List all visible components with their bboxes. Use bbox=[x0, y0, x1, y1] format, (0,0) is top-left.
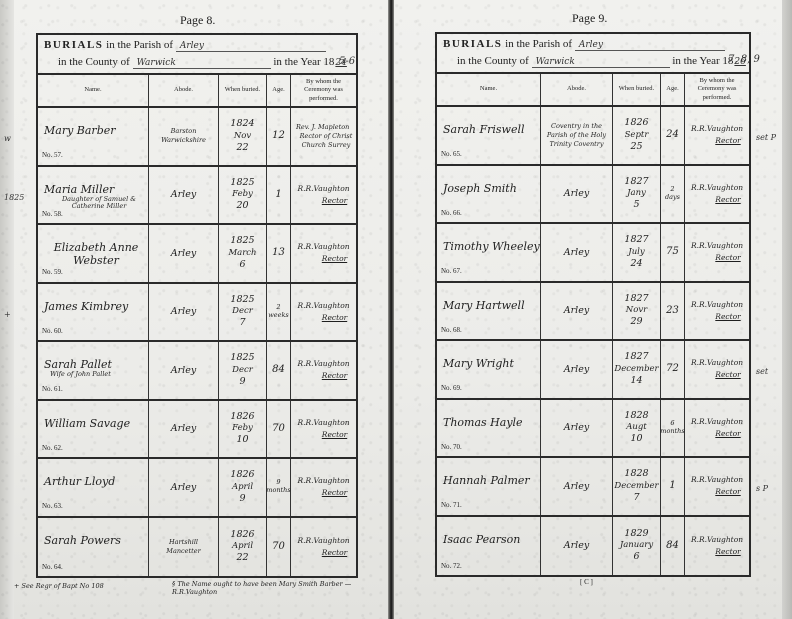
entry-number: No. 70. bbox=[441, 443, 462, 451]
entry-number: No. 61. bbox=[42, 385, 63, 393]
burial-entry-row: Sarah FriswellNo. 65.Coventry in the Par… bbox=[437, 107, 749, 166]
entry-officiant: R.R.VaughtonRector bbox=[291, 518, 356, 577]
entry-age: 12 bbox=[267, 108, 291, 165]
abode-value: Arley bbox=[564, 540, 589, 551]
abode-value: Arley bbox=[171, 365, 196, 376]
deceased-name: Maria Miller bbox=[44, 183, 114, 196]
burial-month: December bbox=[614, 364, 658, 375]
entry-number: No. 65. bbox=[441, 150, 462, 158]
entry-name-cell: Sarah FriswellNo. 65. bbox=[437, 107, 541, 164]
entry-officiant: R.R.VaughtonRector bbox=[685, 166, 749, 223]
age-value: 23 bbox=[666, 305, 679, 317]
entry-burial-date: 1825Decr7 bbox=[219, 284, 267, 341]
age-value: 75 bbox=[666, 246, 679, 258]
county-line: in the County of Warwick in the Year 182… bbox=[457, 55, 747, 68]
entry-name-cell: Isaac PearsonNo. 72. bbox=[437, 517, 541, 576]
officiant-name: R.R.Vaughton bbox=[691, 534, 743, 546]
entry-age: 2days bbox=[661, 166, 685, 223]
officiant-name: R.R.Vaughton bbox=[691, 474, 743, 486]
deceased-name: Hannah Palmer bbox=[443, 474, 530, 487]
burials-heading: BURIALS bbox=[443, 38, 502, 50]
year-prefix: in the Year 18 bbox=[273, 56, 334, 68]
officiant-name: R.R.Vaughton bbox=[691, 416, 743, 428]
age-part: days bbox=[665, 194, 680, 202]
officiant-name: R.R.Vaughton bbox=[691, 357, 743, 369]
entry-burial-date: 1826April9 bbox=[219, 459, 267, 516]
officiant-name: R.R.Vaughton bbox=[691, 182, 743, 194]
deceased-name: Thomas Hayle bbox=[443, 416, 523, 429]
parish-prefix: in the Parish of bbox=[106, 39, 173, 51]
deceased-name: Sarah Friswell bbox=[443, 123, 525, 136]
burial-year: 1828 bbox=[624, 468, 648, 480]
officiant-title: Rector bbox=[715, 369, 740, 381]
age-value: 70 bbox=[272, 423, 285, 435]
year-annotation: 7, 8, 9 bbox=[728, 54, 760, 65]
officiant-name: R.R.Vaughton bbox=[297, 358, 349, 370]
relation-note: Daughter of Samuel & Catherine Miller bbox=[50, 196, 148, 212]
entry-abode: Arley bbox=[149, 342, 219, 399]
burial-entry-row: Mary WrightNo. 69.Arley1827December1472R… bbox=[437, 341, 749, 400]
year-annotation: 5-6 bbox=[339, 56, 355, 67]
entry-name-cell: Elizabeth Anne WebsterNo. 59. bbox=[38, 225, 149, 282]
burial-day: 20 bbox=[236, 200, 248, 212]
age-part: months bbox=[660, 428, 684, 436]
entry-abode: Coventry in the Parish of the Holy Trini… bbox=[541, 107, 613, 164]
parish-value: Arley bbox=[575, 40, 725, 51]
burial-day: 9 bbox=[239, 376, 245, 388]
burial-month: Augt bbox=[626, 422, 646, 433]
officiant-name: R.R.Vaughton bbox=[297, 535, 349, 547]
deceased-name: Mary Barber bbox=[44, 124, 116, 137]
burial-month: December bbox=[614, 481, 658, 492]
entry-age: 70 bbox=[267, 518, 291, 577]
entry-burial-date: 1827Jany5 bbox=[613, 166, 661, 223]
entry-abode: Arley bbox=[541, 166, 613, 223]
parish-prefix: in the Parish of bbox=[505, 38, 572, 50]
year-prefix: in the Year 18 bbox=[672, 55, 733, 67]
relation-note: Wife of John Pallet bbox=[50, 371, 111, 379]
entry-age: 2weeks bbox=[267, 284, 291, 341]
burial-month: Decr bbox=[232, 365, 253, 376]
burial-day: 10 bbox=[630, 433, 642, 445]
officiant-name: R.R.Vaughton bbox=[691, 299, 743, 311]
entry-abode: Arley bbox=[149, 225, 219, 282]
signature-mark: [ C ] bbox=[580, 578, 593, 586]
burial-entry-row: Mary BarberNo. 57.Barston Warwickshire18… bbox=[38, 108, 356, 167]
parish-line: BURIALS in the Parish of Arley bbox=[443, 38, 725, 51]
column-header-officiant: By whom the Ceremony was performed. bbox=[685, 74, 749, 105]
burial-register-table: BURIALS in the Parish of Arleyin the Cou… bbox=[36, 33, 358, 578]
entry-burial-date: 1827July24 bbox=[613, 224, 661, 281]
burial-register-table: BURIALS in the Parish of Arleyin the Cou… bbox=[435, 32, 751, 577]
age-value: 84 bbox=[666, 540, 679, 552]
abode-value: Arley bbox=[171, 482, 196, 493]
burial-day: 22 bbox=[236, 142, 248, 154]
burial-year: 1826 bbox=[230, 469, 254, 481]
entry-abode: Arley bbox=[541, 341, 613, 398]
entry-burial-date: 1829January6 bbox=[613, 517, 661, 576]
column-header-officiant: By whom the Ceremony was performed. bbox=[291, 75, 356, 106]
burial-entry-row: Thomas HayleNo. 70.Arley1828Augt106month… bbox=[437, 400, 749, 459]
entry-abode: Arley bbox=[149, 167, 219, 224]
officiant-title: Rector bbox=[715, 135, 740, 147]
burial-day: 9 bbox=[239, 493, 245, 505]
burial-month: Decr bbox=[232, 306, 253, 317]
burial-year: 1826 bbox=[624, 117, 648, 129]
entry-age: 1 bbox=[661, 458, 685, 515]
entry-burial-date: 1826April22 bbox=[219, 518, 267, 577]
entry-officiant: R.R.VaughtonRector bbox=[685, 341, 749, 398]
deceased-name: Arthur Lloyd bbox=[44, 475, 115, 488]
burial-month: March bbox=[228, 248, 256, 259]
column-header-when-buried: When buried. bbox=[613, 74, 661, 105]
deceased-name: Joseph Smith bbox=[443, 182, 517, 195]
deceased-name: William Savage bbox=[44, 417, 130, 430]
burial-entry-row: Timothy WheeleyNo. 67.Arley1827July2475R… bbox=[437, 224, 749, 283]
burial-year: 1825 bbox=[230, 352, 254, 364]
age-value: 13 bbox=[272, 247, 285, 259]
burial-year: 1825 bbox=[230, 177, 254, 189]
entry-officiant: R.R.VaughtonRector bbox=[291, 459, 356, 516]
margin-annotation: set P bbox=[756, 133, 776, 142]
entry-officiant: Rev. J. MapletonRector of Christ Church … bbox=[291, 108, 356, 165]
burial-day: 25 bbox=[630, 141, 642, 153]
burials-heading: BURIALS bbox=[44, 39, 103, 51]
burial-day: 5 bbox=[633, 199, 639, 211]
burial-entry-row: Isaac PearsonNo. 72.Arley1829January684R… bbox=[437, 517, 749, 576]
entry-name-cell: Mary HartwellNo. 68. bbox=[437, 283, 541, 340]
entry-age: 72 bbox=[661, 341, 685, 398]
burial-entry-row: Maria MillerDaughter of Samuel & Catheri… bbox=[38, 167, 356, 226]
entry-burial-date: 1826Septr25 bbox=[613, 107, 661, 164]
entry-number: No. 71. bbox=[441, 501, 462, 509]
right-page: Page 9. BURIALS in the Parish of Arleyin… bbox=[394, 0, 792, 619]
officiant-name: R.R.Vaughton bbox=[297, 475, 349, 487]
entry-burial-date: 1825Decr9 bbox=[219, 342, 267, 399]
page-number: Page 8. bbox=[180, 13, 215, 28]
burial-day: 7 bbox=[239, 317, 245, 329]
burial-year: 1827 bbox=[624, 351, 648, 363]
entry-name-cell: Timothy WheeleyNo. 67. bbox=[437, 224, 541, 281]
entry-abode: Arley bbox=[541, 283, 613, 340]
entry-burial-date: 1828December7 bbox=[613, 458, 661, 515]
entry-number: No. 63. bbox=[42, 502, 63, 510]
burial-entry-row: Mary HartwellNo. 68.Arley1827Novr2923R.R… bbox=[437, 283, 749, 342]
abode-value: Arley bbox=[171, 189, 196, 200]
page-number: Page 9. bbox=[572, 11, 607, 26]
burial-month: Nov bbox=[234, 131, 251, 142]
burial-month: Feby bbox=[232, 189, 253, 200]
entry-abode: Barston Warwickshire bbox=[149, 108, 219, 165]
county-line: in the County of Warwick in the Year 182… bbox=[58, 56, 348, 69]
burial-entry-row: Sarah PowersNo. 64.Hartshill Mancetter18… bbox=[38, 518, 356, 577]
burial-entry-row: Elizabeth Anne WebsterNo. 59.Arley1825Ma… bbox=[38, 225, 356, 284]
column-header-when-buried: When buried. bbox=[219, 75, 267, 106]
abode-value: Arley bbox=[564, 247, 589, 258]
abode-value: Arley bbox=[171, 248, 196, 259]
officiant-title: Rector bbox=[322, 195, 347, 207]
entry-abode: Arley bbox=[541, 517, 613, 576]
entry-number: No. 62. bbox=[42, 444, 63, 452]
entry-name-cell: Maria MillerDaughter of Samuel & Catheri… bbox=[38, 167, 149, 224]
entry-abode: Arley bbox=[541, 224, 613, 281]
entry-officiant: R.R.VaughtonRector bbox=[685, 283, 749, 340]
entry-abode: Arley bbox=[149, 459, 219, 516]
entry-burial-date: 1825Feby20 bbox=[219, 167, 267, 224]
entry-name-cell: James KimbreyNo. 60. bbox=[38, 284, 149, 341]
officiant-title: Rector bbox=[715, 546, 740, 558]
abode-value: Arley bbox=[171, 306, 196, 317]
entry-number: No. 66. bbox=[441, 209, 462, 217]
officiant-name: Rev. J. Mapleton bbox=[296, 123, 349, 132]
burial-day: 7 bbox=[633, 492, 639, 504]
deceased-name: Timothy Wheeley bbox=[443, 240, 540, 253]
burial-year: 1827 bbox=[624, 234, 648, 246]
age-value: 70 bbox=[272, 541, 285, 553]
burial-entry-row: William SavageNo. 62.Arley1826Feby1070R.… bbox=[38, 401, 356, 460]
entry-burial-date: 1825March6 bbox=[219, 225, 267, 282]
entry-burial-date: 1826Feby10 bbox=[219, 401, 267, 458]
entry-abode: Hartshill Mancetter bbox=[149, 518, 219, 577]
deceased-name: Isaac Pearson bbox=[443, 533, 520, 546]
column-headers: Name.Abode.When buried.Age.By whom the C… bbox=[38, 75, 356, 108]
county-prefix: in the County of bbox=[58, 56, 130, 68]
entry-name-cell: Mary BarberNo. 57. bbox=[38, 108, 149, 165]
entry-burial-date: 1824Nov22 bbox=[219, 108, 267, 165]
burial-day: 24 bbox=[630, 258, 642, 270]
register-header: BURIALS in the Parish of Arleyin the Cou… bbox=[437, 34, 749, 74]
abode-value: Arley bbox=[564, 422, 589, 433]
county-prefix: in the County of bbox=[457, 55, 529, 67]
entry-officiant: R.R.VaughtonRector bbox=[685, 458, 749, 515]
entry-officiant: R.R.VaughtonRector bbox=[685, 107, 749, 164]
deceased-name: James Kimbrey bbox=[44, 300, 128, 313]
burial-entry-row: Sarah PalletWife of John PalletNo. 61.Ar… bbox=[38, 342, 356, 401]
entry-age: 70 bbox=[267, 401, 291, 458]
parish-line: BURIALS in the Parish of Arley bbox=[44, 39, 326, 52]
officiant-title: Rector bbox=[715, 252, 740, 264]
burial-day: 6 bbox=[239, 259, 245, 271]
entry-name-cell: William SavageNo. 62. bbox=[38, 401, 149, 458]
abode-value: Arley bbox=[564, 481, 589, 492]
abode-value: Arley bbox=[564, 364, 589, 375]
burial-month: Septr bbox=[625, 130, 649, 141]
burial-day: 14 bbox=[630, 375, 642, 387]
register-spread: Page 8. BURIALS in the Parish of Arleyin… bbox=[0, 0, 792, 619]
abode-value: Arley bbox=[171, 423, 196, 434]
entry-age: 6months bbox=[661, 400, 685, 457]
burial-entry-row: Arthur LloydNo. 63.Arley1826April99month… bbox=[38, 459, 356, 518]
officiant-title: Rector bbox=[715, 486, 740, 498]
register-header: BURIALS in the Parish of Arleyin the Cou… bbox=[38, 35, 356, 75]
entry-age: 84 bbox=[267, 342, 291, 399]
age-value: 1 bbox=[669, 480, 675, 492]
entry-officiant: R.R.VaughtonRector bbox=[685, 224, 749, 281]
entry-number: No. 59. bbox=[42, 268, 63, 276]
entry-burial-date: 1827December14 bbox=[613, 341, 661, 398]
burial-month: April bbox=[232, 541, 253, 552]
entry-number: No. 72. bbox=[441, 562, 462, 570]
footnote-name-correction: § The Name ought to have been Mary Smith… bbox=[172, 580, 372, 596]
officiant-name: R.R.Vaughton bbox=[297, 241, 349, 253]
entry-officiant: R.R.VaughtonRector bbox=[685, 400, 749, 457]
burial-day: 29 bbox=[630, 316, 642, 328]
officiant-title: Rector bbox=[322, 547, 347, 559]
entry-abode: Arley bbox=[541, 400, 613, 457]
burial-month: April bbox=[232, 482, 253, 493]
burial-month: Jany bbox=[627, 188, 646, 199]
entry-burial-date: 1828Augt10 bbox=[613, 400, 661, 457]
deceased-name: Mary Hartwell bbox=[443, 299, 525, 312]
entry-abode: Arley bbox=[149, 284, 219, 341]
county-value: Warwick bbox=[532, 57, 670, 68]
officiant-name: R.R.Vaughton bbox=[691, 123, 743, 135]
burial-year: 1827 bbox=[624, 176, 648, 188]
column-header-abode: Abode. bbox=[149, 75, 219, 106]
burial-day: 10 bbox=[236, 434, 248, 446]
deceased-name: Elizabeth Anne Webster bbox=[44, 241, 148, 267]
burial-day: 22 bbox=[236, 552, 248, 564]
entry-number: No. 58. bbox=[42, 210, 63, 218]
entry-abode: Arley bbox=[541, 458, 613, 515]
entry-age: 13 bbox=[267, 225, 291, 282]
officiant-title: Rector bbox=[322, 253, 347, 265]
margin-annotation: set bbox=[756, 367, 768, 376]
age-value: 84 bbox=[272, 364, 285, 376]
burial-day: 6 bbox=[633, 551, 639, 563]
age-part: weeks bbox=[268, 312, 289, 320]
abode-value: Hartshill Mancetter bbox=[154, 538, 214, 556]
officiant-name: R.R.Vaughton bbox=[297, 183, 349, 195]
margin-annotation: w bbox=[4, 134, 11, 143]
age-part: months bbox=[266, 487, 290, 495]
column-header-name: Name. bbox=[437, 74, 541, 105]
officiant-title: Rector bbox=[322, 429, 347, 441]
burial-entry-row: Hannah PalmerNo. 71.Arley1828December71R… bbox=[437, 458, 749, 517]
page-edge bbox=[782, 0, 792, 619]
burial-year: 1825 bbox=[230, 294, 254, 306]
abode-value: Arley bbox=[564, 305, 589, 316]
burial-year: 1827 bbox=[624, 293, 648, 305]
entry-age: 24 bbox=[661, 107, 685, 164]
column-header-abode: Abode. bbox=[541, 74, 613, 105]
parish-value: Arley bbox=[176, 41, 326, 52]
entry-number: No. 57. bbox=[42, 151, 63, 159]
footnote-baptism-reference: + See Regr of Bapt No 108 bbox=[14, 582, 104, 590]
officiant-name: R.R.Vaughton bbox=[297, 417, 349, 429]
column-header-age: Age. bbox=[267, 75, 291, 106]
officiant-title: Rector of Christ Church Surrey bbox=[296, 132, 356, 150]
burial-entry-row: Joseph SmithNo. 66.Arley1827Jany52daysR.… bbox=[437, 166, 749, 225]
entry-officiant: R.R.VaughtonRector bbox=[291, 167, 356, 224]
officiant-title: Rector bbox=[322, 487, 347, 499]
officiant-title: Rector bbox=[322, 312, 347, 324]
entry-name-cell: Thomas HayleNo. 70. bbox=[437, 400, 541, 457]
abode-value: Barston Warwickshire bbox=[154, 127, 214, 145]
entry-officiant: R.R.VaughtonRector bbox=[291, 342, 356, 399]
entry-age: 23 bbox=[661, 283, 685, 340]
entry-abode: Arley bbox=[149, 401, 219, 458]
entry-officiant: R.R.VaughtonRector bbox=[685, 517, 749, 576]
entry-name-cell: Joseph SmithNo. 66. bbox=[437, 166, 541, 223]
column-header-name: Name. bbox=[38, 75, 149, 106]
burial-year: 1828 bbox=[624, 410, 648, 422]
burial-entry-row: James KimbreyNo. 60.Arley1825Decr72weeks… bbox=[38, 284, 356, 343]
entry-officiant: R.R.VaughtonRector bbox=[291, 284, 356, 341]
deceased-name: Sarah Powers bbox=[44, 534, 121, 547]
age-value: 12 bbox=[272, 130, 285, 142]
burial-month: January bbox=[620, 540, 653, 551]
column-header-age: Age. bbox=[661, 74, 685, 105]
entry-name-cell: Mary WrightNo. 69. bbox=[437, 341, 541, 398]
burial-year: 1824 bbox=[230, 118, 254, 130]
entry-number: No. 60. bbox=[42, 327, 63, 335]
age-value: 1 bbox=[275, 189, 281, 201]
entry-officiant: R.R.VaughtonRector bbox=[291, 225, 356, 282]
burial-year: 1825 bbox=[230, 235, 254, 247]
entry-number: No. 67. bbox=[441, 267, 462, 275]
entry-age: 1 bbox=[267, 167, 291, 224]
abode-value: Arley bbox=[564, 188, 589, 199]
entry-name-cell: Sarah PowersNo. 64. bbox=[38, 518, 149, 577]
entry-number: No. 64. bbox=[42, 563, 63, 571]
officiant-name: R.R.Vaughton bbox=[297, 300, 349, 312]
entry-name-cell: Hannah PalmerNo. 71. bbox=[437, 458, 541, 515]
entry-number: No. 69. bbox=[441, 384, 462, 392]
margin-annotation: + bbox=[4, 310, 11, 319]
county-value: Warwick bbox=[133, 58, 271, 69]
burial-year: 1829 bbox=[624, 528, 648, 540]
entry-age: 9months bbox=[267, 459, 291, 516]
entry-number: No. 68. bbox=[441, 326, 462, 334]
officiant-title: Rector bbox=[715, 311, 740, 323]
entry-name-cell: Arthur LloydNo. 63. bbox=[38, 459, 149, 516]
age-value: 72 bbox=[666, 363, 679, 375]
entry-age: 75 bbox=[661, 224, 685, 281]
abode-value: Coventry in the Parish of the Holy Trini… bbox=[546, 122, 608, 148]
margin-annotation: 1825 bbox=[4, 193, 24, 202]
officiant-title: Rector bbox=[715, 194, 740, 206]
left-page: Page 8. BURIALS in the Parish of Arleyin… bbox=[0, 0, 390, 619]
age-value: 24 bbox=[666, 129, 679, 141]
entry-officiant: R.R.VaughtonRector bbox=[291, 401, 356, 458]
officiant-title: Rector bbox=[322, 370, 347, 382]
deceased-name: Mary Wright bbox=[443, 357, 514, 370]
officiant-name: R.R.Vaughton bbox=[691, 240, 743, 252]
burial-month: Novr bbox=[626, 305, 647, 316]
entry-name-cell: Sarah PalletWife of John PalletNo. 61. bbox=[38, 342, 149, 399]
burial-year: 1826 bbox=[230, 529, 254, 541]
burial-year: 1826 bbox=[230, 411, 254, 423]
burial-month: July bbox=[628, 247, 644, 258]
column-headers: Name.Abode.When buried.Age.By whom the C… bbox=[437, 74, 749, 107]
entry-burial-date: 1827Novr29 bbox=[613, 283, 661, 340]
entry-age: 84 bbox=[661, 517, 685, 576]
burial-month: Feby bbox=[232, 423, 253, 434]
officiant-title: Rector bbox=[715, 428, 740, 440]
margin-annotation: s P bbox=[756, 484, 768, 493]
